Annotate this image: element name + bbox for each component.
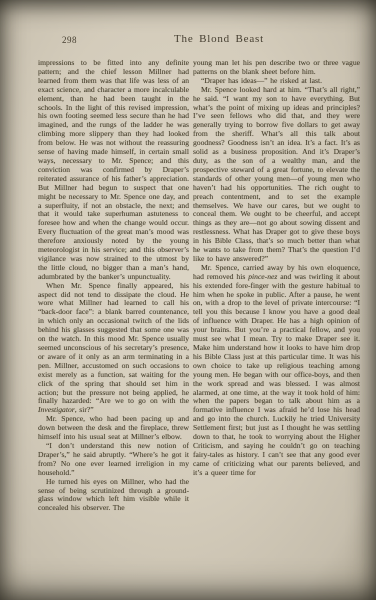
body-text: , sir?” [75, 405, 94, 414]
paragraph: When Mr. Spence finally appeared, his as… [38, 282, 189, 416]
text-column-left: impressions to be fitted into any defini… [38, 59, 189, 547]
paragraph: impressions to be fitted into any defini… [38, 59, 189, 282]
body-text: Mr. Spence looked hard at him. “That’s a… [193, 85, 360, 263]
paragraph: young man let his pen describe two or th… [193, 59, 360, 77]
body-text: “Draper has ideas—” he risked at last. [201, 76, 322, 85]
body-text: young man let his pen describe two or th… [193, 59, 360, 76]
paragraph: Mr. Spence, who had been pacing up and d… [38, 415, 189, 442]
body-text: and was twirling it about his extended f… [193, 272, 360, 477]
book-page: 298 The Blond Beast impressions to be fi… [0, 0, 376, 600]
paragraph: Mr. Spence, carried away by his own eloq… [193, 264, 360, 478]
body-text: “I don’t understand this new notion of D… [38, 441, 189, 477]
italic-text: pince-nez [248, 272, 277, 281]
running-header: 298 The Blond Beast [0, 33, 376, 47]
body-text: When Mr. Spence finally appeared, his as… [38, 281, 189, 406]
text-column-right: young man let his pen describe two or th… [193, 59, 360, 547]
paragraph: Mr. Spence looked hard at him. “That’s a… [193, 86, 360, 264]
text-block: impressions to be fitted into any defini… [38, 59, 360, 547]
body-text: He turned his eyes on Millner, who had t… [38, 477, 189, 513]
paragraph: He turned his eyes on Millner, who had t… [38, 478, 189, 514]
italic-text: Investigator [38, 405, 75, 414]
page-title: The Blond Beast [62, 33, 376, 45]
body-text: Mr. Spence, who had been pacing up and d… [38, 414, 189, 441]
paragraph: “I don’t understand this new notion of D… [38, 442, 189, 478]
scan-background: 298 The Blond Beast impressions to be fi… [0, 0, 376, 600]
body-text: impressions to be fitted into any defini… [38, 59, 189, 281]
